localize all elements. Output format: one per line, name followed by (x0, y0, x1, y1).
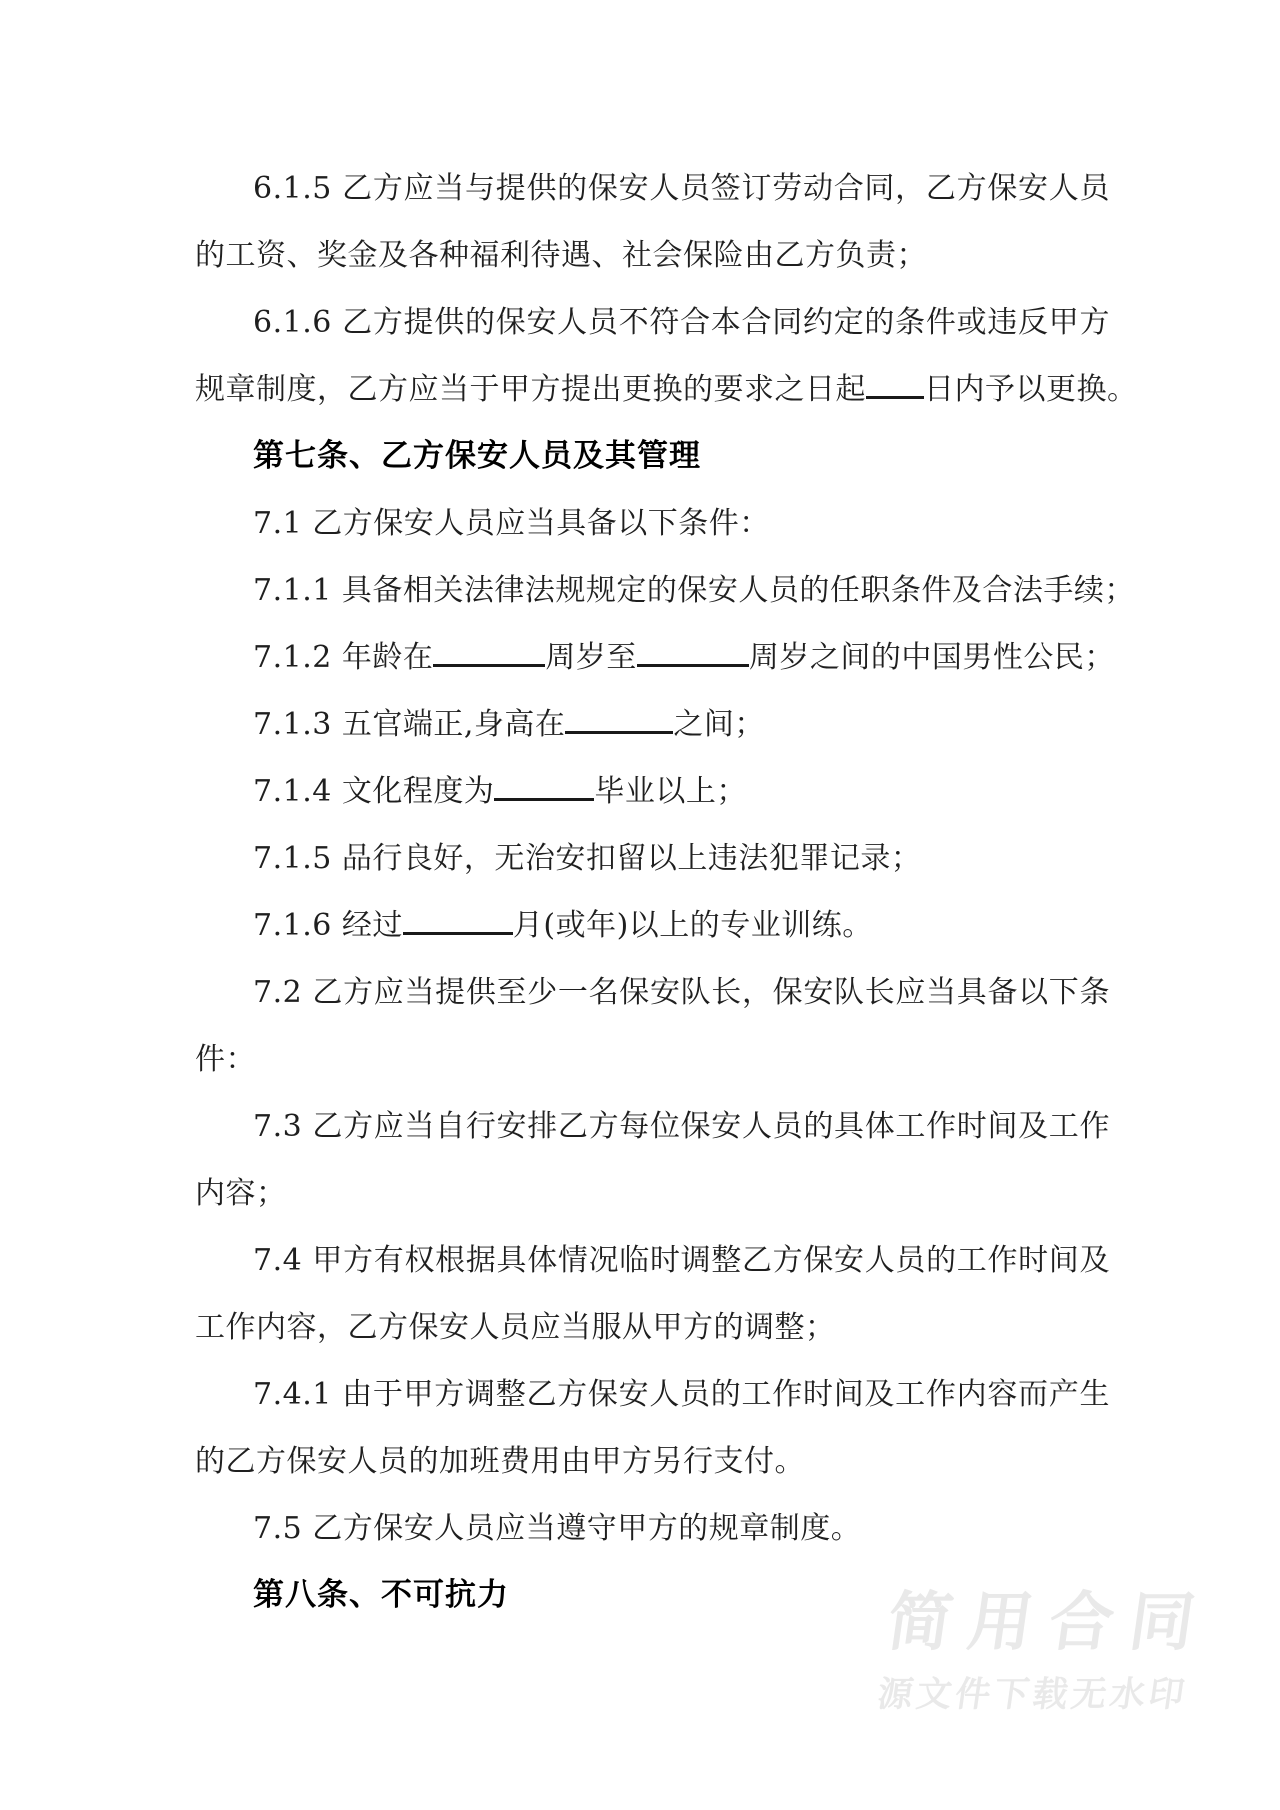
text-run: 毕业以上； (594, 774, 747, 809)
watermark-subtitle: 源文件下载无水印 (875, 1676, 1186, 1714)
document-line: 7.1.3 五官端正,身高在之间； (195, 691, 1110, 758)
text-run: 7.1.1 具备相关法律法规规定的保安人员的任职条件及合法手续； (253, 573, 1135, 608)
watermark-title: 简用合同 (883, 1588, 1199, 1658)
text-run: 7.1.3 五官端正,身高在 (253, 707, 565, 742)
text-run: 6.1.6 乙方提供的保安人员不符合本合同约定的条件或违反甲方 (253, 305, 1110, 340)
document-line: 6.1.6 乙方提供的保安人员不符合本合同约定的条件或违反甲方 (195, 289, 1110, 356)
document-lines: 6.1.5 乙方应当与提供的保安人员签订劳动合同，乙方保安人员的工资、奖金及各种… (195, 155, 1110, 1629)
document-line: 的乙方保安人员的加班费用由甲方另行支付。 (195, 1428, 1110, 1495)
text-run: 7.4.1 由于甲方调整乙方保安人员的工作时间及工作内容而产生 (253, 1377, 1110, 1412)
document-line: 7.5 乙方保安人员应当遵守甲方的规章制度。 (195, 1495, 1110, 1562)
text-run: 之间； (673, 707, 765, 742)
text-run: 第七条、乙方保安人员及其管理 (253, 438, 701, 474)
document-line: 件： (195, 1026, 1110, 1093)
text-run: 的工资、奖金及各种福利待遇、社会保险由乙方负责； (195, 238, 927, 273)
text-run: 7.1.6 经过 (253, 908, 403, 943)
document-line: 的工资、奖金及各种福利待遇、社会保险由乙方负责； (195, 222, 1110, 289)
document-line: 工作内容，乙方保安人员应当服从甲方的调整； (195, 1294, 1110, 1361)
text-run: 周岁至 (545, 640, 637, 675)
text-run: 6.1.5 乙方应当与提供的保安人员签订劳动合同，乙方保安人员 (253, 171, 1110, 206)
document-line: 7.2 乙方应当提供至少一名保安队长，保安队长应当具备以下条 (195, 959, 1110, 1026)
text-run: 7.4 甲方有权根据具体情况临时调整乙方保安人员的工作时间及 (253, 1243, 1110, 1278)
text-run: 7.1.2 年龄在 (253, 640, 433, 675)
text-run: 7.1.5 品行良好，无治安扣留以上违法犯罪记录； (253, 841, 921, 876)
document-line: 7.1.2 年龄在周岁至周岁之间的中国男性公民； (195, 624, 1110, 691)
text-run: 7.5 乙方保安人员应当遵守甲方的规章制度。 (253, 1511, 861, 1546)
document-line: 7.4 甲方有权根据具体情况临时调整乙方保安人员的工作时间及 (195, 1227, 1110, 1294)
document-line: 7.1.1 具备相关法律法规规定的保安人员的任职条件及合法手续； (195, 557, 1110, 624)
text-run: 的乙方保安人员的加班费用由甲方另行支付。 (195, 1444, 805, 1479)
document-line: 7.1.6 经过月(或年)以上的专业训练。 (195, 892, 1110, 959)
document-line: 6.1.5 乙方应当与提供的保安人员签订劳动合同，乙方保安人员 (195, 155, 1110, 222)
document-line: 7.1 乙方保安人员应当具备以下条件： (195, 490, 1110, 557)
document-line: 7.1.4 文化程度为毕业以上； (195, 758, 1110, 825)
document-line: 7.1.5 品行良好，无治安扣留以上违法犯罪记录； (195, 825, 1110, 892)
contract-document-page: 6.1.5 乙方应当与提供的保安人员签订劳动合同，乙方保安人员的工资、奖金及各种… (0, 0, 1280, 1810)
text-run: 周岁之间的中国男性公民； (749, 640, 1115, 675)
document-line: 内容； (195, 1160, 1110, 1227)
blank-field (866, 393, 924, 399)
blank-field (494, 795, 594, 801)
blank-field (637, 661, 749, 667)
blank-field (565, 728, 673, 734)
text-run: 规章制度，乙方应当于甲方提出更换的要求之日起 (195, 372, 866, 407)
text-run: 内容； (195, 1176, 287, 1211)
blank-field (433, 661, 545, 667)
text-run: 月(或年)以上的专业训练。 (513, 908, 873, 943)
text-run: 工作内容，乙方保安人员应当服从甲方的调整； (195, 1310, 836, 1345)
text-run: 第八条、不可抗力 (253, 1577, 509, 1613)
text-run: 7.3 乙方应当自行安排乙方每位保安人员的具体工作时间及工作 (253, 1109, 1110, 1144)
document-line: 7.4.1 由于甲方调整乙方保安人员的工作时间及工作内容而产生 (195, 1361, 1110, 1428)
text-run: 7.1.4 文化程度为 (253, 774, 494, 809)
text-run: 日内予以更换。 (924, 372, 1138, 407)
blank-field (403, 929, 513, 935)
document-line: 7.3 乙方应当自行安排乙方每位保安人员的具体工作时间及工作 (195, 1093, 1110, 1160)
article-heading: 第七条、乙方保安人员及其管理 (195, 423, 1110, 490)
text-run: 7.2 乙方应当提供至少一名保安队长，保安队长应当具备以下条 (253, 975, 1110, 1010)
text-run: 件： (195, 1042, 256, 1077)
watermark: 简用合同 源文件下载无水印 (875, 1588, 1199, 1714)
text-run: 7.1 乙方保安人员应当具备以下条件： (253, 506, 770, 541)
document-line: 规章制度，乙方应当于甲方提出更换的要求之日起日内予以更换。 (195, 356, 1110, 423)
